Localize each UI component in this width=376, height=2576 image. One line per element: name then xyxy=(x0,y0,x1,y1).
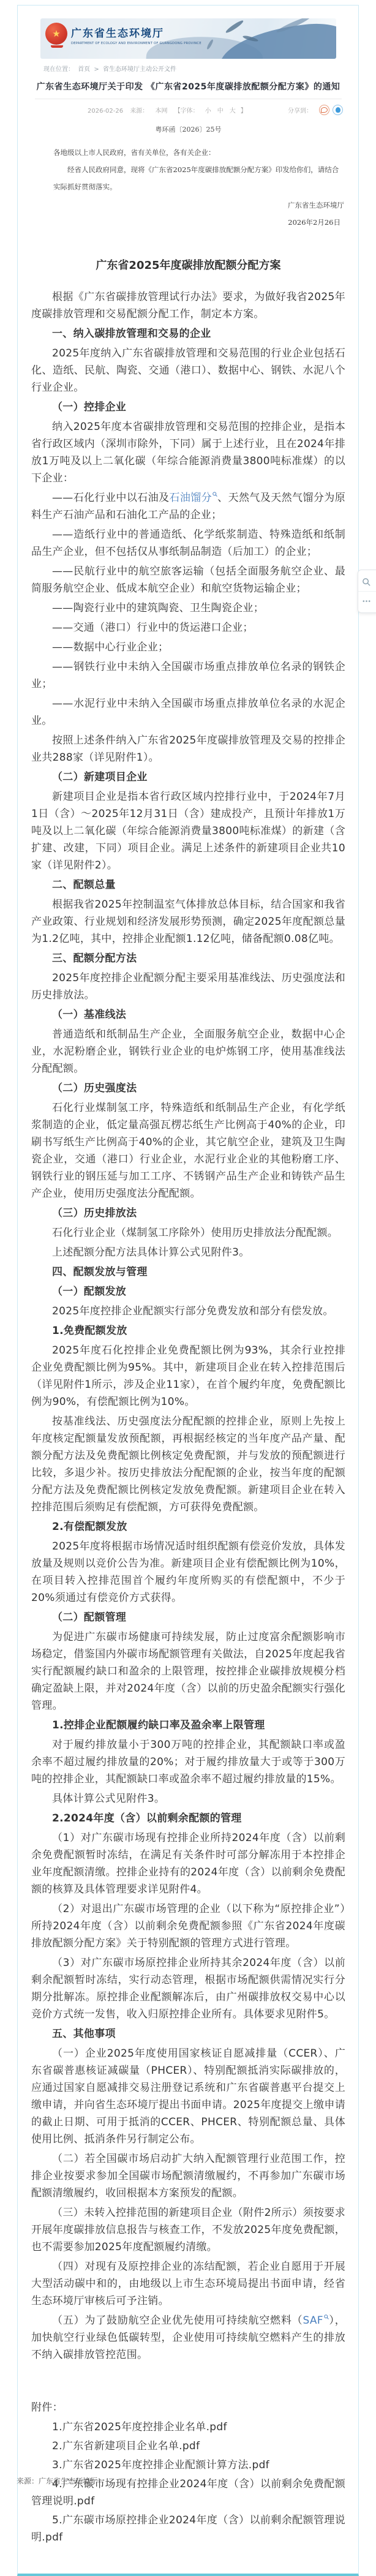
section-heading: （一）配额发放 xyxy=(31,1283,345,1300)
breadcrumb-separator: > xyxy=(94,66,99,73)
paragraph: 纳入2025年度本省碳排放管理和交易范围的控排企业，是指本省行政区域内（深圳市除… xyxy=(31,418,345,487)
paragraph: 2025年度石化控排企业免费配额比例为93%，其余行业控排企业免费配额比例为95… xyxy=(31,1342,345,1410)
source-label: 来源： xyxy=(130,108,148,115)
paragraph: 根据《广东省碳排放管理试行办法》要求，为做好我省2025年度碳排放管理和交易配额… xyxy=(31,288,345,323)
text-run: ——民航行业中的航空旅客运输（包括全面服务航空企业、最简服务航空企业、低成本航空… xyxy=(31,565,345,595)
text-run: （二）若全国碳市场启动扩大纳入配额管理行业范围工作，控排企业按要求参加全国碳市场… xyxy=(31,2153,345,2199)
share-area: 分享到： xyxy=(288,105,343,115)
term-link[interactable]: 石油馏分 xyxy=(169,492,217,504)
text-run: 按照上述条件纳入广东省2025年度碳排放管理及交易的控排企业共288家（详见附件… xyxy=(31,734,345,764)
attachment-link[interactable]: 2.广东省新建项目企业名单.pdf xyxy=(31,2438,345,2455)
breadcrumb-home-link[interactable]: 首页 xyxy=(78,66,90,73)
text-run: （一）企业2025年度使用国家核证自愿减排量（CCER）、广东省碳普惠核证减碳量… xyxy=(31,2047,345,2145)
paragraph: （四）对现有及原控排企业的冻结配额，若企业自愿用于开展大型活动碳中和的，由地级以… xyxy=(31,2258,345,2310)
text-run: 2025年度将根据市场情况适时组织配额有偿竞价发放，具体发放量及规则以竞价公告为… xyxy=(31,1540,345,1604)
site-banner: ★ 广东省生态环境厅 DEPARTMENT OF ECOLOGY AND ENV… xyxy=(40,18,336,59)
section-heading: 二、配额总量 xyxy=(31,876,345,894)
meta-left: 2026-02-26 来源： 本网 【字体：小中大】 xyxy=(88,105,252,115)
letter-intro: 经省人民政府同意，现将《广东省2025年度碳排放配额分配方案》印发给你们，请结合… xyxy=(53,161,344,195)
numbered-heading: 1.控排企业配额履约缺口率及盈余率上限管理 xyxy=(31,1717,345,1734)
paragraph: 对于履约排放量小于300万吨的控排企业，其配额缺口率或盈余率不超过履约排放量的2… xyxy=(31,1736,345,1788)
paragraph: ——数据中心行业企业； xyxy=(31,639,345,656)
section-heading: 四、配额发放与管理 xyxy=(31,1264,345,1281)
paragraph: 具体计算公式见附件3。 xyxy=(31,1790,345,1807)
paragraph: 根据我省2025年控制温室气体排放总体目标，结合国家和我省产业政策、行业规划和经… xyxy=(31,896,345,947)
paragraph: （一）企业2025年度使用国家核证自愿减排量（CCER）、广东省碳普惠核证减碳量… xyxy=(31,2045,345,2148)
document-number: 粤环函〔2026〕25号 xyxy=(31,124,345,134)
text-run: （三）未转入控排范围的新建项目企业（附件2所示）须按要求开展年度碳排放信息报告与… xyxy=(31,2207,345,2253)
section-heading: （一）基准线法 xyxy=(31,1006,345,1023)
paragraph: 2025年度控排企业配额分配主要采用基准线法、历史强度法和历史排放法。 xyxy=(31,970,345,1004)
section-heading: （二）历史强度法 xyxy=(31,1080,345,1097)
paragraph: 普通造纸和纸制品生产企业，全面服务航空企业，数据中心企业，水泥粉磨企业，钢铁行业… xyxy=(31,1026,345,1077)
source-value: 本网 xyxy=(156,108,168,115)
text-run: （1）对广东碳市场现有控排企业所持2024年度（含）以前剩余免费配额暂时冻结，在… xyxy=(31,1832,345,1896)
attachment-link[interactable]: 1.广东省2025年度控排企业名单.pdf xyxy=(31,2419,345,2436)
text-run: 石化行业企业（煤制氢工序除外）使用历史排放法分配配额。 xyxy=(52,1227,338,1239)
text-run: （五）为了鼓励航空企业优先使用可持续航空燃料（ xyxy=(52,2314,303,2327)
text-run: 2025年度控排企业配额实行部分免费发放和部分有偿发放。 xyxy=(52,1305,334,1317)
letter-address: 各地级以上市人民政府，省有关单位，各有关企业： xyxy=(53,144,344,161)
page-footer-source: 来源：广东省生态环境厅 xyxy=(17,2476,97,2486)
section-heading: 三、配额分配方法 xyxy=(31,950,345,967)
attachment-link[interactable]: 3.广东省2025年度控排企业配额计算方法.pdf xyxy=(31,2457,345,2474)
paragraph: （三）未转入控排范围的新建项目企业（附件2所示）须按要求开展年度碳排放信息报告与… xyxy=(31,2204,345,2256)
text-run: （四）对现有及原控排企业的冻结配额，若企业自愿用于开展大型活动碳中和的，由地级以… xyxy=(31,2261,345,2307)
font-size-small[interactable]: 小 xyxy=(205,108,211,115)
numbered-heading: 2.有偿配额发放 xyxy=(31,1518,345,1535)
section-heading: 一、纳入碳排放管理和交易的企业 xyxy=(31,325,345,342)
section-heading: （一）控排企业 xyxy=(31,399,345,416)
share-label: 分享到： xyxy=(288,105,312,115)
text-run: 根据我省2025年控制温室气体排放总体目标，结合国家和我省产业政策、行业规划和经… xyxy=(31,898,345,945)
text-run: 为促进广东碳市场健康可持续发展，防止过度富余配额影响市场稳定，借鉴国内外碳市场配… xyxy=(31,1631,345,1712)
text-run: ——陶瓷行业中的建筑陶瓷、卫生陶瓷企业； xyxy=(52,602,264,614)
font-size-label: 【字体： xyxy=(175,108,199,115)
text-run: 对于履约排放量小于300万吨的控排企业，其配额缺口率或盈余率不超过履约排放量的2… xyxy=(31,1739,345,1785)
share-weibo-icon[interactable] xyxy=(319,105,329,115)
section-heading: （三）历史排放法 xyxy=(31,1205,345,1222)
font-size-large[interactable]: 大 xyxy=(230,108,236,115)
attachments-label: 附件： xyxy=(31,2399,345,2416)
paragraph: 新建项目企业是指本省行政区域内控排行业中，于2024年7月1日（含）～2025年… xyxy=(31,788,345,874)
text-run: 2025年度控排企业配额分配主要采用基准线法、历史强度法和历史排放法。 xyxy=(31,972,345,1001)
site-logo: 广东省生态环境厅 DEPARTMENT OF ECOLOGY AND ENVIR… xyxy=(71,24,321,48)
site-name-en: DEPARTMENT OF ECOLOGY AND ENVIRONMENT OF… xyxy=(71,42,201,45)
paragraph: ——民航行业中的航空旅客运输（包括全面服务航空企业、最简服务航空企业、低成本航空… xyxy=(31,563,345,597)
floating-toolbar xyxy=(358,570,376,613)
text-run: （3）对广东碳市场原控排企业所持其余2024年度（含）以前剩余配额暂时冻结，实行… xyxy=(31,1957,345,2021)
paragraph: ——石化行业中以石油及石油馏分、天然气及天然气馏分为原料生产石油产品和石油化工产… xyxy=(31,489,345,524)
attachment-link[interactable]: 5.广东碳市场原控排企业2024年度（含）以前剩余配额管理说明.pdf xyxy=(31,2512,345,2546)
text-run: 按基准线法、历史强度法分配配额的控排企业，原则上先按上年度核定配额量发放预配额，… xyxy=(31,1415,345,1513)
text-run: ——交通（港口）行业中的货运港口企业； xyxy=(52,622,254,634)
paragraph: 石化行业企业（煤制氢工序除外）使用历史排放法分配配额。 xyxy=(31,1224,345,1241)
term-link[interactable]: SAF xyxy=(303,2314,328,2327)
paragraph: 2025年度将根据市场情况适时组织配额有偿竞价发放，具体发放量及规则以竞价公告为… xyxy=(31,1538,345,1606)
numbered-heading: 2.2024年度（含）以前剩余配额的管理 xyxy=(31,1810,345,1827)
lookup-magnifier-icon xyxy=(324,2314,329,2319)
paragraph: 为促进广东碳市场健康可持续发展，防止过度富余配额影响市场稳定，借鉴国内外碳市场配… xyxy=(31,1629,345,1714)
section-heading: （二）配额管理 xyxy=(31,1609,345,1626)
text-run: ——造纸行业中的普通造纸、化学纸浆制造、特殊造纸和纸制品生产企业，但不包括仅从事… xyxy=(31,529,345,558)
text-run: ——钢铁行业中未纳入全国碳市场重点排放单位名录的钢铁企业； xyxy=(31,661,345,690)
text-run: 2025年度石化控排企业免费配额比例为93%，其余行业控排企业免费配额比例为95… xyxy=(31,1344,345,1408)
text-run: （2）对退出广东碳市场管理的企业（以下称为“原控排企业”）所持2024年度（含）… xyxy=(31,1903,345,1949)
breadcrumb-label: 现在位置： xyxy=(43,66,74,73)
text-run: 上述配额分配方法具体计算公式见附件3。 xyxy=(52,1246,250,1259)
paragraph: ——陶瓷行业中的建筑陶瓷、卫生陶瓷企业； xyxy=(31,600,345,617)
more-icon[interactable] xyxy=(358,591,376,610)
breadcrumb-current[interactable]: 省生态环境厅主动公开文件 xyxy=(103,66,176,73)
paragraph: 2025年度控排企业配额实行部分免费发放和部分有偿发放。 xyxy=(31,1303,345,1320)
paragraph: （二）若全国碳市场启动扩大纳入配额管理行业范围工作，控排企业按要求参加全国碳市场… xyxy=(31,2150,345,2202)
font-size-label-end: 】 xyxy=(241,108,247,115)
paragraph: （五）为了鼓励航空企业优先使用可持续航空燃料（SAF），加快航空行业绿色低碳转型… xyxy=(31,2312,345,2363)
letter-date: 2026年2月26日 xyxy=(53,214,344,231)
page-title: 广东省生态环境厅关于印发 《广东省2025年度碳排放配额分配方案》的通知 xyxy=(35,80,342,99)
text-run: 根据《广东省碳排放管理试行办法》要求，为做好我省2025年度碳排放管理和交易配额… xyxy=(31,291,345,320)
paragraph: 2025年度纳入广东省碳排放管理和交易范围的行业企业包括石化、造纸、民航、陶瓷、… xyxy=(31,345,345,396)
text-run: 普通造纸和纸制品生产企业，全面服务航空企业，数据中心企业，水泥粉磨企业，钢铁行业… xyxy=(31,1028,345,1075)
text-run: 纳入2025年度本省碳排放管理和交易范围的控排企业，是指本省行政区域内（深圳市除… xyxy=(31,421,345,484)
letter-sender: 广东省生态环境厅 xyxy=(53,197,344,214)
notice-letter: 各地级以上市人民政府，省有关单位，各有关企业： 经省人民政府同意，现将《广东省2… xyxy=(53,144,344,231)
paragraph: （2）对退出广东碳市场管理的企业（以下称为“原控排企业”）所持2024年度（含）… xyxy=(31,1900,345,1952)
paragraph: 按照上述条件纳入广东省2025年度碳排放管理及交易的控排企业共288家（详见附件… xyxy=(31,732,345,766)
paragraph: ——钢铁行业中未纳入全国碳市场重点排放单位名录的钢铁企业； xyxy=(31,658,345,693)
publish-date: 2026-02-26 xyxy=(88,108,123,115)
paragraph: ——交通（港口）行业中的货运港口企业； xyxy=(31,619,345,636)
search-icon[interactable] xyxy=(358,573,376,591)
text-run: ——水泥行业中未纳入全国碳市场重点排放单位名录的水泥企业。 xyxy=(31,698,345,727)
section-heading: （二）新建项目企业 xyxy=(31,769,345,786)
text-run: 具体计算公式见附件3。 xyxy=(52,1793,165,1805)
numbered-heading: 1.免费配额发放 xyxy=(31,1322,345,1339)
breadcrumb: 现在位置： 首页 > 省生态环境厅主动公开文件 xyxy=(43,64,345,73)
paragraph: 按基准线法、历史强度法分配配额的控排企业，原则上先按上年度核定配额量发放预配额，… xyxy=(31,1413,345,1516)
paragraph: 石化行业煤制氢工序，特殊造纸和纸制品生产企业，有化学纸浆制造的企业，低定量高强瓦… xyxy=(31,1099,345,1202)
plan-body: 根据《广东省碳排放管理试行办法》要求，为做好我省2025年度碳排放管理和交易配额… xyxy=(31,288,345,2546)
share-qq-icon[interactable] xyxy=(333,105,343,115)
lookup-magnifier-icon xyxy=(212,492,217,497)
site-name: 广东省生态环境厅 xyxy=(71,24,321,40)
paragraph: ——造纸行业中的普通造纸、化学纸浆制造、特殊造纸和纸制品生产企业，但不包括仅从事… xyxy=(31,526,345,560)
national-emblem-icon: ★ xyxy=(45,23,69,50)
text-run: ——数据中心行业企业； xyxy=(52,641,168,653)
section-heading: 五、其他事项 xyxy=(31,2025,345,2043)
font-size-medium[interactable]: 中 xyxy=(217,108,224,115)
paragraph: 上述配额分配方法具体计算公式见附件3。 xyxy=(31,1244,345,1261)
paragraph: ——水泥行业中未纳入全国碳市场重点排放单位名录的水泥企业。 xyxy=(31,695,345,729)
plan-title: 广东省2025年度碳排放配额分配方案 xyxy=(31,257,345,273)
page: ★ 广东省生态环境厅 DEPARTMENT OF ECOLOGY AND ENV… xyxy=(0,0,376,2503)
paragraph: （1）对广东碳市场现有控排企业所持2024年度（含）以前剩余免费配额暂时冻结，在… xyxy=(31,1829,345,1898)
article-meta: 2026-02-26 来源： 本网 【字体：小中大】 分享到： xyxy=(88,104,343,116)
content-box: ★ 广东省生态环境厅 DEPARTMENT OF ECOLOGY AND ENV… xyxy=(17,5,359,2576)
paragraph: （3）对广东碳市场原控排企业所持其余2024年度（含）以前剩余配额暂时冻结，实行… xyxy=(31,1954,345,2023)
text-run: 石化行业煤制氢工序，特殊造纸和纸制品生产企业，有化学纸浆制造的企业，低定量高强瓦… xyxy=(31,1102,345,1200)
text-run: 2025年度纳入广东省碳排放管理和交易范围的行业企业包括石化、造纸、民航、陶瓷、… xyxy=(31,347,345,394)
text-run: 新建项目企业是指本省行政区域内控排行业中，于2024年7月1日（含）～2025年… xyxy=(31,791,345,872)
text-run: ——石化行业中以石油及 xyxy=(52,492,169,504)
